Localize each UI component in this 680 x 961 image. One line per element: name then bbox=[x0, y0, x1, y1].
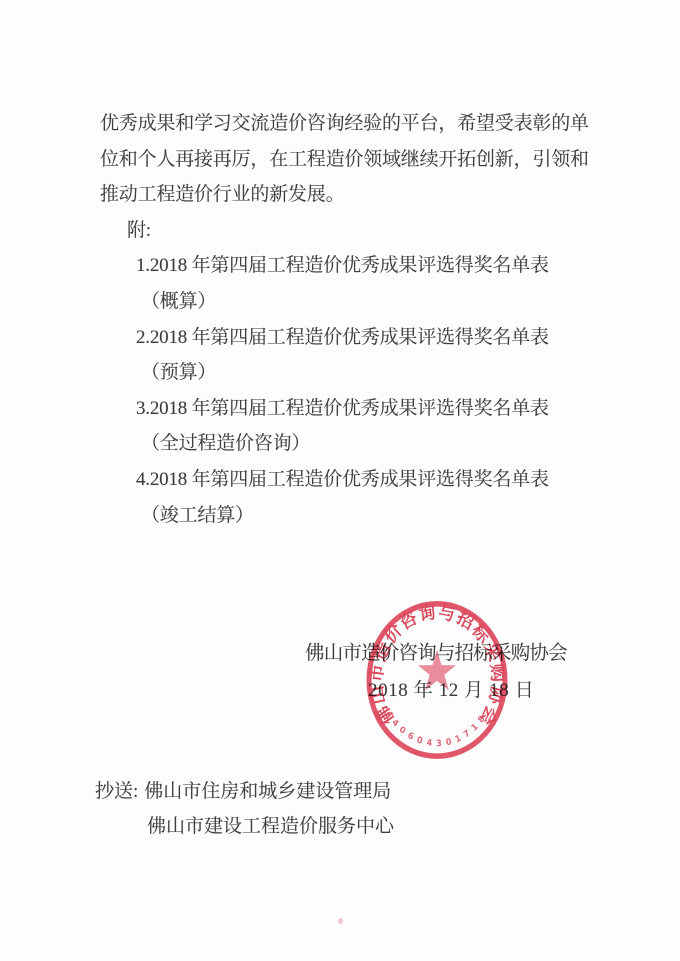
body-line-2: 位和个人再接再厉，在工程造价领域继续开拓创新，引领和 bbox=[100, 142, 600, 178]
body-line-1: 优秀成果和学习交流造价咨询经验的平台，希望受表彰的单 bbox=[100, 106, 600, 142]
letter-text-flow: 优秀成果和学习交流造价咨询经验的平台，希望受表彰的单 位和个人再接再厉，在工程造… bbox=[100, 106, 600, 533]
cc-recipient-1: 佛山市住房和城乡建设管理局 bbox=[144, 781, 391, 802]
attachment-item-4-title: 4.2018 年第四届工程造价优秀成果评选得奖名单表 bbox=[100, 462, 600, 498]
scanned-letter-page: 优秀成果和学习交流造价咨询经验的平台，希望受表彰的单 位和个人再接再厉，在工程造… bbox=[0, 0, 680, 961]
attachment-item-3-category: （全过程造价咨询） bbox=[100, 426, 600, 462]
seal-serial-number: 4406043017184 bbox=[383, 673, 490, 750]
attachment-item-2-category: （预算） bbox=[100, 355, 600, 391]
ink-speck-artifact bbox=[338, 918, 343, 924]
cc-label: 抄送: bbox=[95, 781, 138, 802]
cc-line: 抄送:佛山市住房和城乡建设管理局 bbox=[95, 779, 391, 805]
body-line-3: 推动工程造价行业的新发展。 bbox=[100, 177, 600, 213]
attachment-item-3-title: 3.2018 年第四届工程造价优秀成果评选得奖名单表 bbox=[100, 391, 600, 427]
attachment-item-1-category: （概算） bbox=[100, 284, 600, 320]
seal-serial-textpath: 4406043017184 bbox=[383, 673, 490, 750]
attachment-item-4-category: （竣工结算） bbox=[100, 498, 600, 534]
attachment-item-2-title: 2.2018 年第四届工程造价优秀成果评选得奖名单表 bbox=[100, 320, 600, 356]
official-seal-stamp: 佛山市造价咨询与招标采购协会 4406043017184 bbox=[357, 594, 517, 766]
attachment-item-1-title: 1.2018 年第四届工程造价优秀成果评选得奖名单表 bbox=[100, 248, 600, 284]
attachment-label: 附: bbox=[100, 213, 600, 249]
seal-star-icon bbox=[418, 650, 456, 691]
cc-recipient-2: 佛山市建设工程造价服务中心 bbox=[147, 814, 394, 840]
